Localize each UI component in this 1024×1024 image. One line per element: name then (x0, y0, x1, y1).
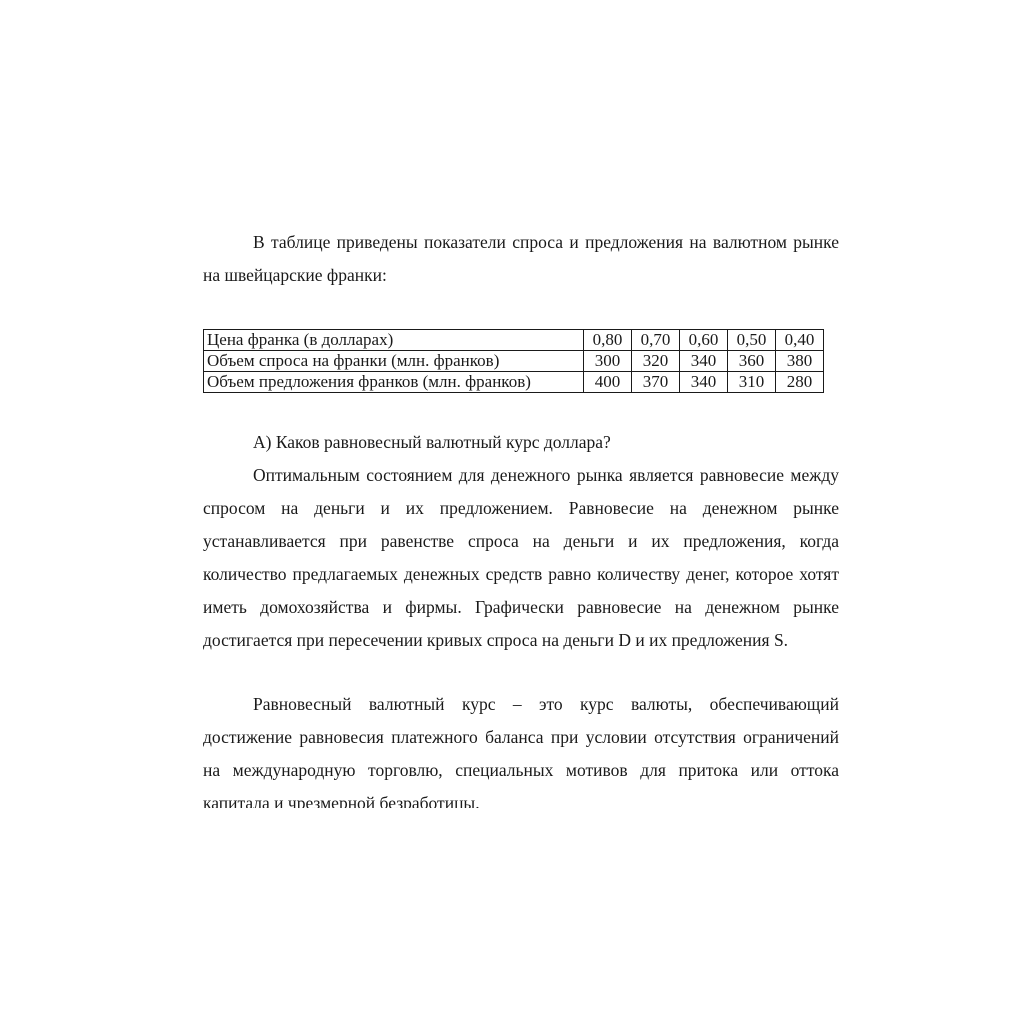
body-paragraph-exchange-rate: Равновесный валютный курс – это курс вал… (203, 688, 839, 808)
table-row: Объем спроса на франки (млн. франков) 30… (204, 351, 824, 372)
intro-paragraph: В таблице приведены показатели спроса и … (203, 226, 839, 292)
table-cell: 0,80 (584, 330, 632, 351)
table-row: Объем предложения франков (млн. франков)… (204, 372, 824, 393)
row-label: Объем предложения франков (млн. франков) (204, 372, 584, 393)
table-cell: 0,50 (728, 330, 776, 351)
table-cell: 310 (728, 372, 776, 393)
table-cell: 0,60 (680, 330, 728, 351)
row-label: Объем спроса на франки (млн. франков) (204, 351, 584, 372)
table-cell: 320 (632, 351, 680, 372)
question-a: А) Каков равновесный валютный курс долла… (203, 426, 839, 459)
table-cell: 300 (584, 351, 632, 372)
table-cell: 400 (584, 372, 632, 393)
table-row: Цена франка (в долларах) 0,80 0,70 0,60 … (204, 330, 824, 351)
table-cell: 360 (728, 351, 776, 372)
table-cell: 380 (776, 351, 824, 372)
table-cell: 0,70 (632, 330, 680, 351)
document-page: В таблице приведены показатели спроса и … (203, 0, 839, 808)
body-paragraph-equilibrium: Оптимальным состоянием для денежного рын… (203, 459, 839, 657)
row-label: Цена франка (в долларах) (204, 330, 584, 351)
table-cell: 340 (680, 351, 728, 372)
table-cell: 280 (776, 372, 824, 393)
table-cell: 0,40 (776, 330, 824, 351)
table-cell: 340 (680, 372, 728, 393)
table-cell: 370 (632, 372, 680, 393)
supply-demand-table: Цена франка (в долларах) 0,80 0,70 0,60 … (203, 329, 824, 393)
